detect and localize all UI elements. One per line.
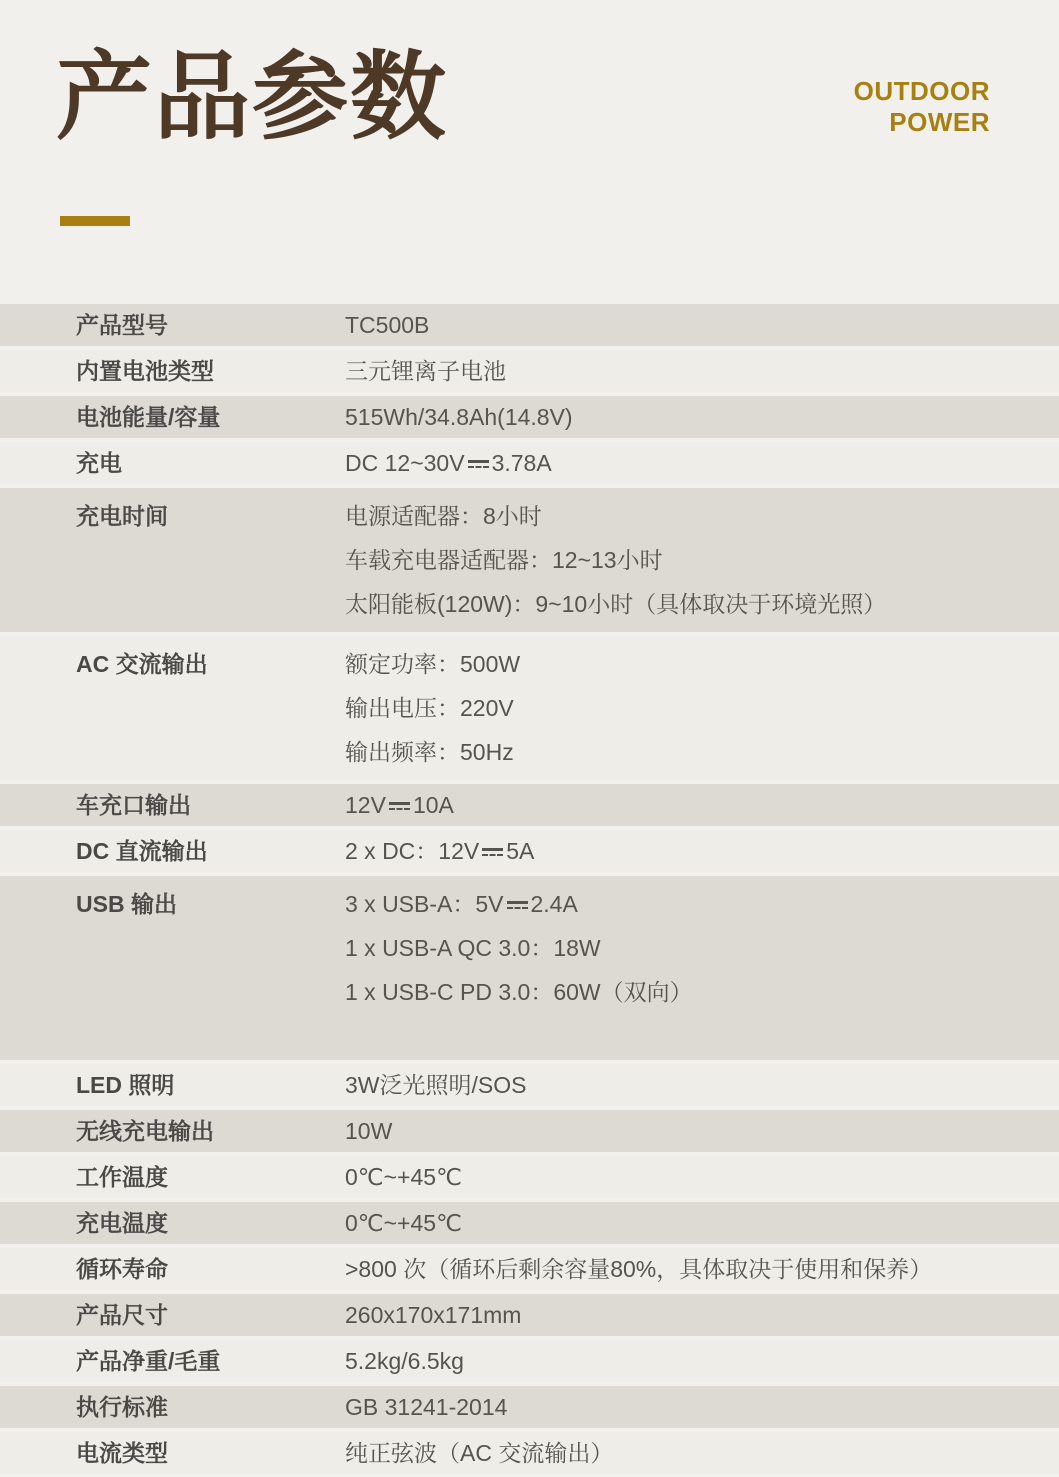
spec-row: 产品净重/毛重 5.2kg/6.5kg: [0, 1340, 1059, 1382]
spec-row: 充电 DC 12~30V3.78A: [0, 442, 1059, 484]
spec-label: 产品尺寸: [76, 1294, 345, 1336]
value-line: 输出电压：220V: [345, 686, 1039, 730]
spec-row: AC 交流输出 额定功率：500W输出电压：220V输出频率：50Hz: [0, 636, 1059, 780]
spec-values: DC 12~30V3.78A: [345, 442, 1039, 484]
page-title: 产品参数: [56, 46, 448, 150]
value-line: 3 x USB-A：5V2.4A: [345, 882, 1039, 926]
value-line: 0℃~+45℃: [345, 1202, 1039, 1244]
spec-label: 车充口输出: [76, 784, 345, 826]
spec-label: 无线充电输出: [76, 1110, 345, 1152]
spec-values: 2 x DC：12V5A: [345, 830, 1039, 872]
spec-row: DC 直流输出 2 x DC：12V5A: [0, 830, 1059, 872]
dc-symbol: [389, 799, 410, 815]
spec-row: 电池能量/容量 515Wh/34.8Ah(14.8V): [0, 396, 1059, 438]
spec-values: TC500B: [345, 304, 1039, 346]
value-line: GB 31241-2014: [345, 1386, 1039, 1428]
value-line: 太阳能板(120W)：9~10小时（具体取决于环境光照）: [345, 582, 1039, 626]
spec-row: 无线充电输出 10W: [0, 1110, 1059, 1152]
dc-symbol: [482, 845, 503, 861]
value-line: TC500B: [345, 304, 1039, 346]
spec-row: USB 输出 3 x USB-A：5V2.4A1 x USB-A QC 3.0：…: [0, 876, 1059, 1060]
value-line: 2 x DC：12V5A: [345, 830, 1039, 872]
value-line: 额定功率：500W: [345, 642, 1039, 686]
spec-label: 工作温度: [76, 1156, 345, 1198]
brand-line-2: POWER: [854, 107, 990, 138]
spec-row: 工作温度 0℃~+45℃: [0, 1156, 1059, 1198]
value-line: >800 次（循环后剩余容量80%，具体取决于使用和保养）: [345, 1248, 1039, 1290]
spec-values: 纯正弦波（AC 交流输出）: [345, 1432, 1039, 1474]
value-line: DC 12~30V3.78A: [345, 442, 1039, 484]
value-line: 三元锂离子电池: [345, 350, 1039, 392]
spec-label: 充电温度: [76, 1202, 345, 1244]
spec-values: 3 x USB-A：5V2.4A1 x USB-A QC 3.0：18W1 x …: [345, 882, 1039, 1014]
spec-row: 充电时间 电源适配器：8小时车载充电器适配器：12~13小时太阳能板(120W)…: [0, 488, 1059, 632]
spec-label: 充电: [76, 442, 345, 484]
spec-values: 三元锂离子电池: [345, 350, 1039, 392]
header: 产品参数 OUTDOOR POWER: [0, 0, 1059, 304]
accent-dash: [60, 216, 130, 226]
spec-values: 3W泛光照明/SOS: [345, 1064, 1039, 1106]
spec-label: 电流类型: [76, 1432, 345, 1474]
spec-values: 12V10A: [345, 784, 1039, 826]
spec-row: 产品尺寸 260x170x171mm: [0, 1294, 1059, 1336]
value-line: 输出频率：50Hz: [345, 730, 1039, 774]
value-line: 260x170x171mm: [345, 1294, 1039, 1336]
spec-values: GB 31241-2014: [345, 1386, 1039, 1428]
value-line: 5.2kg/6.5kg: [345, 1340, 1039, 1382]
brand-wordmark: OUTDOOR POWER: [854, 76, 990, 138]
spec-label: DC 直流输出: [76, 830, 345, 872]
spec-row: 产品型号 TC500B: [0, 304, 1059, 346]
value-line: 车载充电器适配器：12~13小时: [345, 538, 1039, 582]
value-line: 纯正弦波（AC 交流输出）: [345, 1432, 1039, 1474]
spec-label: 执行标准: [76, 1386, 345, 1428]
spec-values: 10W: [345, 1110, 1039, 1152]
value-line: 12V10A: [345, 784, 1039, 826]
spec-sheet-page: 产品参数 OUTDOOR POWER 产品型号 TC500B 内置电池类型 三元…: [0, 0, 1059, 1477]
spec-values: 260x170x171mm: [345, 1294, 1039, 1336]
dc-symbol: [507, 898, 528, 914]
value-line: 1 x USB-C PD 3.0：60W（双向）: [345, 970, 1039, 1014]
spec-row: 电流类型 纯正弦波（AC 交流输出）: [0, 1432, 1059, 1474]
value-line: 1 x USB-A QC 3.0：18W: [345, 926, 1039, 970]
spec-label: 内置电池类型: [76, 350, 345, 392]
spec-label: USB 输出: [76, 882, 345, 926]
brand-line-1: OUTDOOR: [854, 76, 990, 107]
dc-symbol: [468, 457, 489, 473]
spec-row: 内置电池类型 三元锂离子电池: [0, 350, 1059, 392]
spec-values: 515Wh/34.8Ah(14.8V): [345, 396, 1039, 438]
spec-row: 执行标准 GB 31241-2014: [0, 1386, 1059, 1428]
value-line: 3W泛光照明/SOS: [345, 1064, 1039, 1106]
spec-values: 电源适配器：8小时车载充电器适配器：12~13小时太阳能板(120W)：9~10…: [345, 494, 1039, 626]
spec-label: AC 交流输出: [76, 642, 345, 686]
spec-row: 充电温度 0℃~+45℃: [0, 1202, 1059, 1244]
spec-row: LED 照明 3W泛光照明/SOS: [0, 1064, 1059, 1106]
spec-values: 5.2kg/6.5kg: [345, 1340, 1039, 1382]
spec-table: 产品型号 TC500B 内置电池类型 三元锂离子电池 电池能量/容量 515Wh…: [0, 304, 1059, 1474]
spec-label: LED 照明: [76, 1064, 345, 1106]
spec-label: 产品型号: [76, 304, 345, 346]
spec-label: 电池能量/容量: [76, 396, 345, 438]
spec-values: 额定功率：500W输出电压：220V输出频率：50Hz: [345, 642, 1039, 774]
spec-row: 车充口输出 12V10A: [0, 784, 1059, 826]
value-line: 电源适配器：8小时: [345, 494, 1039, 538]
value-line: 515Wh/34.8Ah(14.8V): [345, 396, 1039, 438]
spec-row: 循环寿命 >800 次（循环后剩余容量80%，具体取决于使用和保养）: [0, 1248, 1059, 1290]
value-line: 0℃~+45℃: [345, 1156, 1039, 1198]
spec-label: 充电时间: [76, 494, 345, 538]
spec-values: >800 次（循环后剩余容量80%，具体取决于使用和保养）: [345, 1248, 1039, 1290]
spec-values: 0℃~+45℃: [345, 1202, 1039, 1244]
spec-label: 产品净重/毛重: [76, 1340, 345, 1382]
spec-label: 循环寿命: [76, 1248, 345, 1290]
spec-values: 0℃~+45℃: [345, 1156, 1039, 1198]
value-line: 10W: [345, 1110, 1039, 1152]
